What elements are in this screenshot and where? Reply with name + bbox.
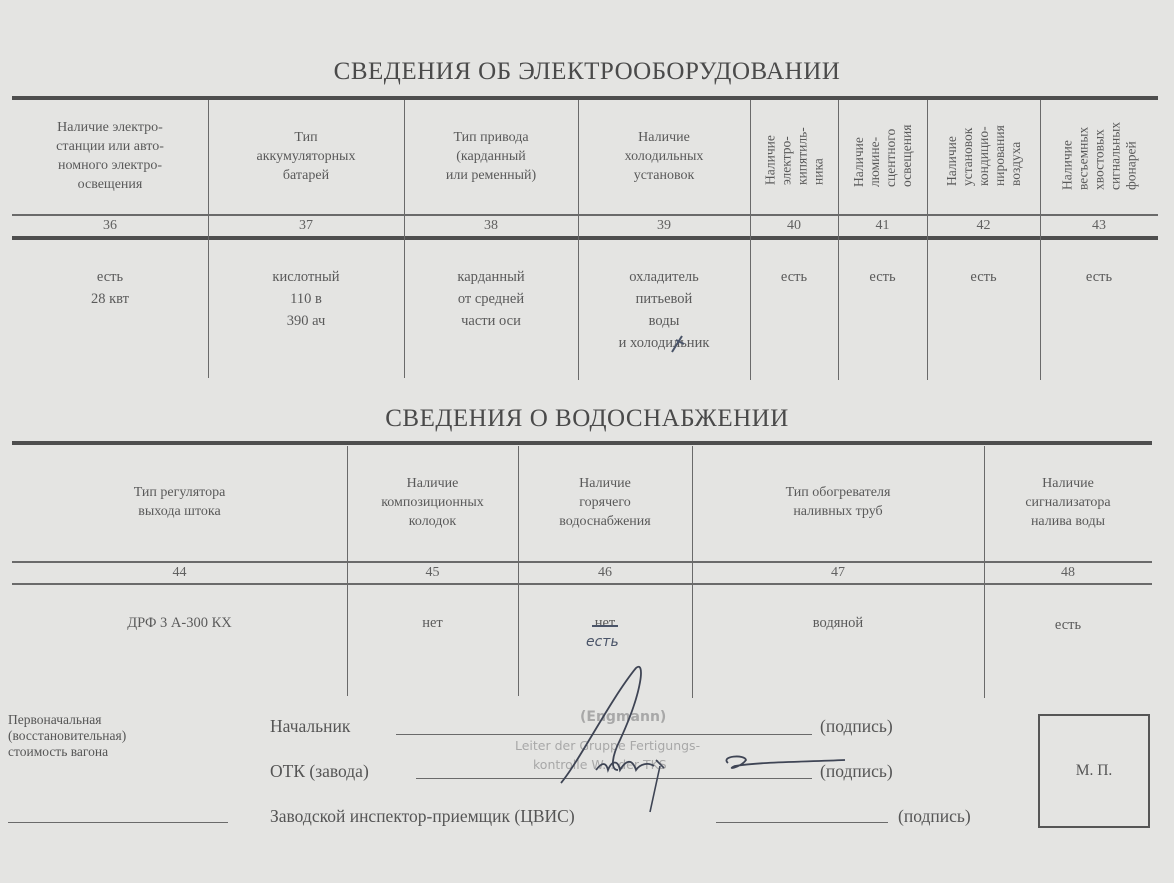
column-number: 38 xyxy=(404,215,578,236)
value-pipe-heater: водяной xyxy=(692,612,984,642)
value-water-boiler: есть xyxy=(750,266,838,376)
header-fill-indicator: Наличие сигнализатора налива воды xyxy=(984,446,1152,558)
header-air-conditioning: Наличие установок кондицио- нирования во… xyxy=(928,100,1040,212)
column-number: 45 xyxy=(347,562,518,583)
header-water-boiler: Наличие электро- кипятиль- ника xyxy=(751,100,838,212)
signature-field-inspector[interactable] xyxy=(716,822,888,823)
number-row-bottom-rule xyxy=(12,583,1152,585)
signature-field-qc[interactable] xyxy=(416,778,812,779)
value-refrigeration: охладитель питьевой воды и холодильник xyxy=(578,266,750,376)
header-tail-signal-lamps: Наличие весъемных хвостовых сигнальных ф… xyxy=(1041,100,1158,212)
initial-cost-field[interactable] xyxy=(8,822,228,823)
signature-role-chief: Начальник xyxy=(270,716,350,737)
signature-role-inspector: Заводской инспектор-приемщик (ЦВИС) xyxy=(270,806,575,827)
header-hot-water: Наличие горячего водоснабжения xyxy=(518,446,692,558)
value-air-conditioning: есть xyxy=(927,266,1040,376)
initial-cost-label: Первоначальная (восстановительная) стоим… xyxy=(8,712,126,760)
water-section-title: СВЕДЕНИЯ О ВОДОСНАБЖЕНИИ xyxy=(0,405,1174,433)
value-composite-shoes: нет xyxy=(347,612,518,642)
stamp-line-2: kontrolle W... der TKS xyxy=(533,757,667,772)
column-number: 41 xyxy=(838,215,927,236)
column-number: 44 xyxy=(12,562,347,583)
electrical-section-title: СВЕДЕНИЯ ОБ ЭЛЕКТРООБОРУДОВАНИИ xyxy=(0,58,1174,86)
stamp-line-1: Leiter der Gruppe Fertigungs- xyxy=(515,738,700,753)
signature-caption: (подпись) xyxy=(898,806,971,827)
value-power-station: есть 28 квт xyxy=(12,266,208,376)
column-number: 36 xyxy=(12,215,208,236)
header-battery-type: Тип аккумуляторных батарей xyxy=(208,100,404,212)
header-drive-type: Тип привода (карданный или ременный) xyxy=(404,100,578,212)
column-number: 39 xyxy=(578,215,750,236)
column-number: 48 xyxy=(984,562,1152,583)
header-fluorescent-lighting: Наличие люмине- сцентного освещения xyxy=(839,100,927,212)
header-regulator-type: Тип регулятора выхода штока xyxy=(12,446,347,558)
signature-field-chief[interactable] xyxy=(396,734,812,735)
signature-role-qc: ОТК (завода) xyxy=(270,761,369,782)
handwritten-correction: есть xyxy=(586,634,619,650)
column-number: 40 xyxy=(750,215,838,236)
header-pipe-heater: Тип обогревателя наливных труб xyxy=(692,446,984,558)
value-battery-type: кислотный 110 в 390 ач xyxy=(208,266,404,376)
column-number: 37 xyxy=(208,215,404,236)
seal-placeholder-box: М. П. xyxy=(1038,714,1150,828)
value-fill-indicator: есть xyxy=(984,614,1152,644)
header-power-station: Наличие электро- станции или авто- номно… xyxy=(12,100,208,212)
header-composite-shoes: Наличие композиционных колодок xyxy=(347,446,518,558)
header-refrigeration: Наличие холодильных установок xyxy=(578,100,750,212)
number-row-bottom-rule xyxy=(12,236,1158,240)
value-fluorescent-lighting: есть xyxy=(838,266,927,376)
value-tail-signal-lamps: есть xyxy=(1040,266,1158,376)
signature-caption: (подпись) xyxy=(820,716,893,737)
value-regulator-type: ДРФ 3 А-300 КХ xyxy=(12,612,347,642)
table-top-rule xyxy=(12,441,1152,445)
column-number: 43 xyxy=(1040,215,1158,236)
column-number: 47 xyxy=(692,562,984,583)
column-number: 46 xyxy=(518,562,692,583)
seal-label: М. П. xyxy=(1076,762,1113,780)
strikethrough-mark xyxy=(592,625,618,627)
signature-caption: (подпись) xyxy=(820,761,893,782)
value-drive-type: карданный от средней части оси xyxy=(404,266,578,376)
column-number: 42 xyxy=(927,215,1040,236)
stamp-name: (Engmann) xyxy=(580,709,666,725)
